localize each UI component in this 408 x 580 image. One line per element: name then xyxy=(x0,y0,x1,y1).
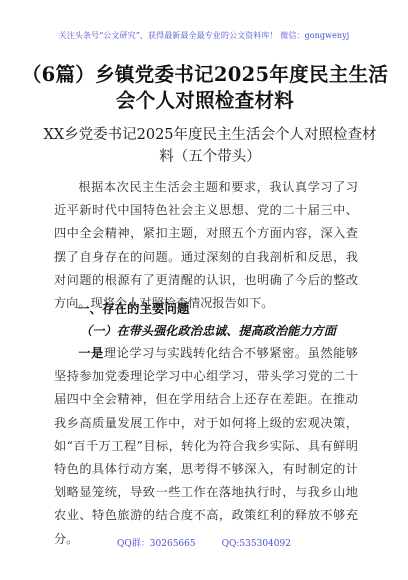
issue-one-text: 理论学习与实践转化结合不够紧密。虽然能够坚持参加党委理论学习中心组学习，带头学习… xyxy=(54,346,358,546)
document-title: （6篇）乡镇党委书记2025年度民主生活会个人对照检查材料 xyxy=(20,62,390,114)
issue-one-section: 一是理论学习与实践转化结合不够紧密。虽然能够坚持参加党委理论学习中心组学习，带头… xyxy=(54,342,358,551)
intro-paragraph: 根据本次民主生活会主题和要求，我认真学习了习近平新时代中国特色社会主义思想、党的… xyxy=(54,176,358,315)
intro-section: 根据本次民主生活会主题和要求，我认真学习了习近平新时代中国特色社会主义思想、党的… xyxy=(54,176,358,315)
issue-one-paragraph: 一是理论学习与实践转化结合不够紧密。虽然能够坚持参加党委理论学习中心组学习，带头… xyxy=(54,342,358,551)
document-subtitle: XX乡党委书记2025年度民主生活会个人对照检查材料（五个带头） xyxy=(40,124,380,168)
issue-one-lead: 一是 xyxy=(78,346,103,360)
section-heading: 一、存在的主要问题 xyxy=(77,299,190,319)
subsection-heading: （一）在带头强化政治忠诚、提高政治能力方面 xyxy=(80,320,336,342)
qq-number: QQ:535304092 xyxy=(222,539,291,549)
footer-contact: QQ群：30265665QQ:535304092 xyxy=(0,538,408,550)
promo-header-note: 关注头条号“公文研究”，获得最新最全最专业的公文资料库！ 微信：gongweny… xyxy=(0,31,408,41)
qq-group-number: QQ群：30265665 xyxy=(117,539,196,549)
